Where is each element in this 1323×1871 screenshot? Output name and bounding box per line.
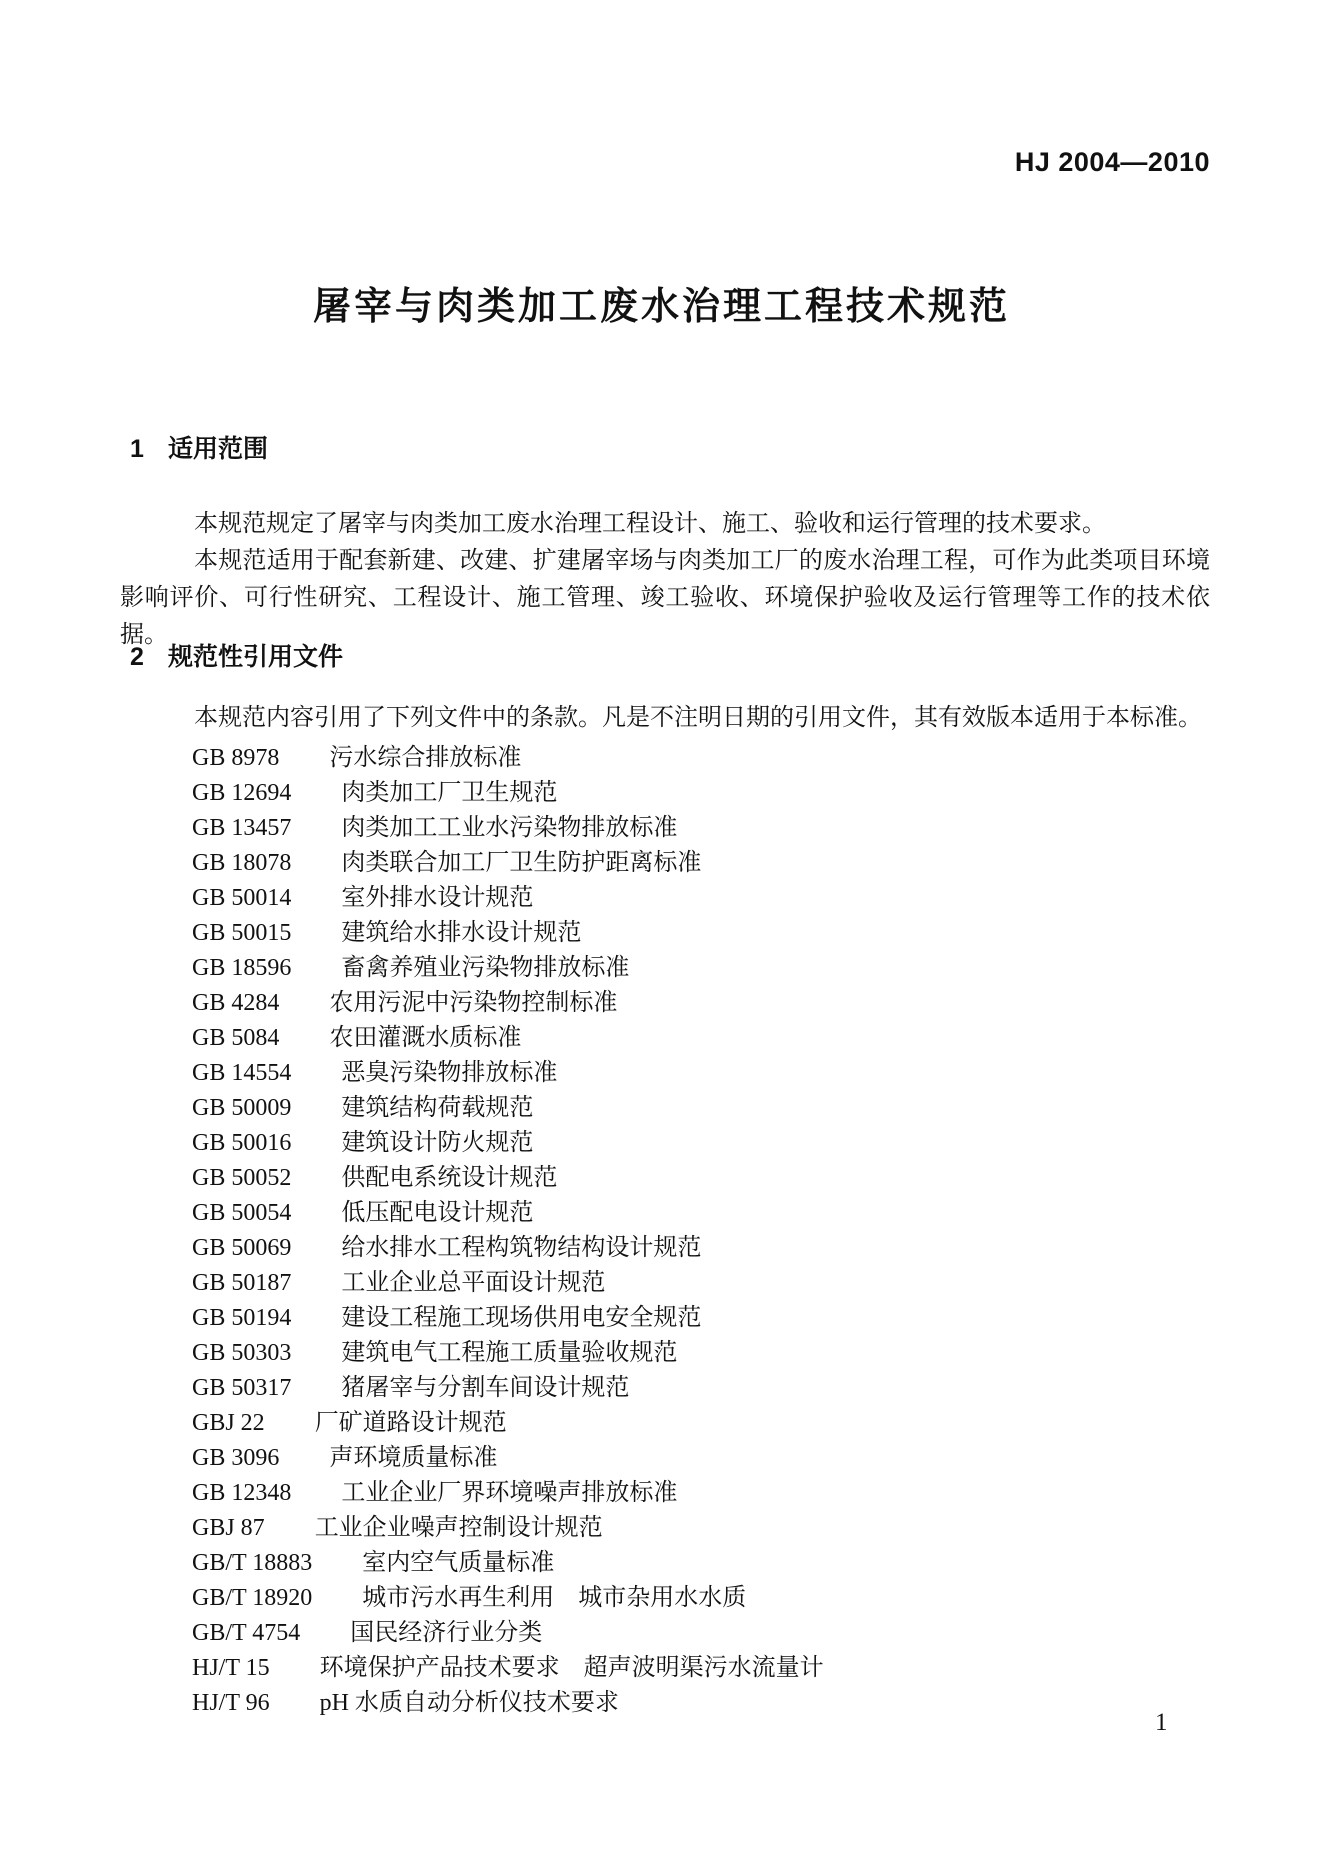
reference-title: 肉类联合加工厂卫生防护距离标准 bbox=[341, 850, 701, 876]
reference-code: GB 50194 bbox=[192, 1305, 291, 1331]
reference-item: GBJ 22厂矿道路设计规范 bbox=[192, 1406, 1212, 1441]
reference-item: GB 5084农田灌溉水质标准 bbox=[192, 1021, 1212, 1056]
standard-code-header: HJ 2004—2010 bbox=[1015, 146, 1210, 178]
reference-item: GB/T 4754国民经济行业分类 bbox=[192, 1616, 1212, 1651]
reference-title: 畜禽养殖业污染物排放标准 bbox=[341, 955, 629, 981]
reference-item: GB 50069给水排水工程构筑物结构设计规范 bbox=[192, 1231, 1212, 1266]
reference-item: GB 50303建筑电气工程施工质量验收规范 bbox=[192, 1336, 1212, 1371]
reference-item: GBJ 87工业企业噪声控制设计规范 bbox=[192, 1511, 1212, 1546]
reference-title: 恶臭污染物排放标准 bbox=[341, 1060, 557, 1086]
reference-title: 城市污水再生利用 城市杂用水水质 bbox=[362, 1585, 746, 1611]
reference-code: GB/T 18920 bbox=[192, 1585, 312, 1611]
reference-title: 给水排水工程构筑物结构设计规范 bbox=[341, 1235, 701, 1261]
reference-title: 建筑设计防火规范 bbox=[341, 1130, 533, 1156]
reference-code: GB 3096 bbox=[192, 1445, 279, 1471]
reference-code: HJ/T 96 bbox=[192, 1690, 270, 1716]
reference-title: 室内空气质量标准 bbox=[362, 1550, 554, 1576]
reference-item: GB 50052供配电系统设计规范 bbox=[192, 1161, 1212, 1196]
reference-title: 国民经济行业分类 bbox=[350, 1620, 542, 1646]
reference-code: GB/T 18883 bbox=[192, 1550, 312, 1576]
reference-item: GB 13457肉类加工工业水污染物排放标准 bbox=[192, 811, 1212, 846]
reference-code: GB 50187 bbox=[192, 1270, 291, 1296]
reference-code: GB 50054 bbox=[192, 1200, 291, 1226]
section-1-body: 本规范规定了屠宰与肉类加工废水治理工程设计、施工、验收和运行管理的技术要求。 本… bbox=[120, 506, 1210, 654]
reference-code: GB 12348 bbox=[192, 1480, 291, 1506]
reference-code: GB 50015 bbox=[192, 920, 291, 946]
reference-title: 工业企业噪声控制设计规范 bbox=[315, 1515, 603, 1541]
reference-item: GB 12348工业企业厂界环境噪声排放标准 bbox=[192, 1476, 1212, 1511]
section-2-heading: 2规范性引用文件 bbox=[130, 642, 343, 672]
reference-item: GB 50054低压配电设计规范 bbox=[192, 1196, 1212, 1231]
reference-item: GB 4284农用污泥中污染物控制标准 bbox=[192, 986, 1212, 1021]
reference-title: 环境保护产品技术要求 超声波明渠污水流量计 bbox=[320, 1655, 824, 1681]
reference-code: GB 50303 bbox=[192, 1340, 291, 1366]
reference-code: GB 8978 bbox=[192, 745, 279, 771]
reference-title: 厂矿道路设计规范 bbox=[315, 1410, 507, 1436]
paragraph: 本规范内容引用了下列文件中的条款。凡是不注明日期的引用文件，其有效版本适用于本标… bbox=[120, 700, 1210, 737]
reference-code: HJ/T 15 bbox=[192, 1655, 270, 1681]
reference-title: 农田灌溉水质标准 bbox=[329, 1025, 521, 1051]
section-2-body: 本规范内容引用了下列文件中的条款。凡是不注明日期的引用文件，其有效版本适用于本标… bbox=[120, 700, 1210, 737]
paragraph: 本规范规定了屠宰与肉类加工废水治理工程设计、施工、验收和运行管理的技术要求。 bbox=[120, 506, 1210, 543]
reference-item: GB 50187工业企业总平面设计规范 bbox=[192, 1266, 1212, 1301]
reference-code: GB 50069 bbox=[192, 1235, 291, 1261]
reference-item: GB 12694肉类加工厂卫生规范 bbox=[192, 776, 1212, 811]
reference-item: GB 18078肉类联合加工厂卫生防护距离标准 bbox=[192, 846, 1212, 881]
reference-code: GBJ 87 bbox=[192, 1515, 265, 1541]
reference-item: HJ/T 15环境保护产品技术要求 超声波明渠污水流量计 bbox=[192, 1651, 1212, 1686]
reference-code: GB 50052 bbox=[192, 1165, 291, 1191]
reference-item: GB 50317猪屠宰与分割车间设计规范 bbox=[192, 1371, 1212, 1406]
reference-title: 声环境质量标准 bbox=[329, 1445, 497, 1471]
reference-code: GB 50009 bbox=[192, 1095, 291, 1121]
reference-code: GB 50014 bbox=[192, 885, 291, 911]
reference-item: GB 50009建筑结构荷载规范 bbox=[192, 1091, 1212, 1126]
reference-code: GBJ 22 bbox=[192, 1410, 265, 1436]
reference-title: 供配电系统设计规范 bbox=[341, 1165, 557, 1191]
reference-title: 农用污泥中污染物控制标准 bbox=[329, 990, 617, 1016]
reference-title: 建设工程施工现场供用电安全规范 bbox=[341, 1305, 701, 1331]
paragraph: 本规范适用于配套新建、改建、扩建屠宰场与肉类加工厂的废水治理工程，可作为此类项目… bbox=[120, 543, 1210, 654]
reference-item: GB/T 18883室内空气质量标准 bbox=[192, 1546, 1212, 1581]
reference-item: GB 50016建筑设计防火规范 bbox=[192, 1126, 1212, 1161]
reference-code: GB 14554 bbox=[192, 1060, 291, 1086]
reference-item: GB 18596畜禽养殖业污染物排放标准 bbox=[192, 951, 1212, 986]
reference-item: GB 8978污水综合排放标准 bbox=[192, 741, 1212, 776]
reference-code: GB 13457 bbox=[192, 815, 291, 841]
section-heading-label: 适用范围 bbox=[168, 435, 268, 463]
reference-title: 建筑电气工程施工质量验收规范 bbox=[341, 1340, 677, 1366]
reference-code: GB/T 4754 bbox=[192, 1620, 300, 1646]
reference-code: GB 4284 bbox=[192, 990, 279, 1016]
reference-item: GB 50014室外排水设计规范 bbox=[192, 881, 1212, 916]
reference-item: GB 50015建筑给水排水设计规范 bbox=[192, 916, 1212, 951]
reference-code: GB 5084 bbox=[192, 1025, 279, 1051]
reference-title: 猪屠宰与分割车间设计规范 bbox=[341, 1375, 629, 1401]
reference-title: 工业企业总平面设计规范 bbox=[341, 1270, 605, 1296]
page-number: 1 bbox=[1155, 1708, 1168, 1738]
reference-item: GB 50194建设工程施工现场供用电安全规范 bbox=[192, 1301, 1212, 1336]
reference-title: 建筑给水排水设计规范 bbox=[341, 920, 581, 946]
reference-item: GB 14554恶臭污染物排放标准 bbox=[192, 1056, 1212, 1091]
reference-title: 低压配电设计规范 bbox=[341, 1200, 533, 1226]
document-page: HJ 2004—2010 屠宰与肉类加工废水治理工程技术规范 1适用范围 本规范… bbox=[0, 0, 1323, 1871]
reference-title: 工业企业厂界环境噪声排放标准 bbox=[341, 1480, 677, 1506]
reference-item: GB/T 18920城市污水再生利用 城市杂用水水质 bbox=[192, 1581, 1212, 1616]
reference-list: GB 8978污水综合排放标准 GB 12694肉类加工厂卫生规范 GB 134… bbox=[192, 741, 1212, 1721]
reference-title: pH 水质自动分析仪技术要求 bbox=[320, 1690, 619, 1716]
document-title: 屠宰与肉类加工废水治理工程技术规范 bbox=[0, 284, 1323, 330]
reference-title: 建筑结构荷载规范 bbox=[341, 1095, 533, 1121]
reference-title: 肉类加工厂卫生规范 bbox=[341, 780, 557, 806]
section-number: 2 bbox=[130, 642, 168, 672]
reference-title: 室外排水设计规范 bbox=[341, 885, 533, 911]
reference-item: GB 3096声环境质量标准 bbox=[192, 1441, 1212, 1476]
reference-title: 污水综合排放标准 bbox=[329, 745, 521, 771]
reference-item: HJ/T 96pH 水质自动分析仪技术要求 bbox=[192, 1686, 1212, 1721]
reference-title: 肉类加工工业水污染物排放标准 bbox=[341, 815, 677, 841]
reference-code: GB 12694 bbox=[192, 780, 291, 806]
section-heading-label: 规范性引用文件 bbox=[168, 643, 343, 671]
reference-code: GB 18078 bbox=[192, 850, 291, 876]
reference-code: GB 50317 bbox=[192, 1375, 291, 1401]
section-number: 1 bbox=[130, 434, 168, 464]
reference-code: GB 50016 bbox=[192, 1130, 291, 1156]
reference-code: GB 18596 bbox=[192, 955, 291, 981]
section-1-heading: 1适用范围 bbox=[130, 434, 268, 464]
